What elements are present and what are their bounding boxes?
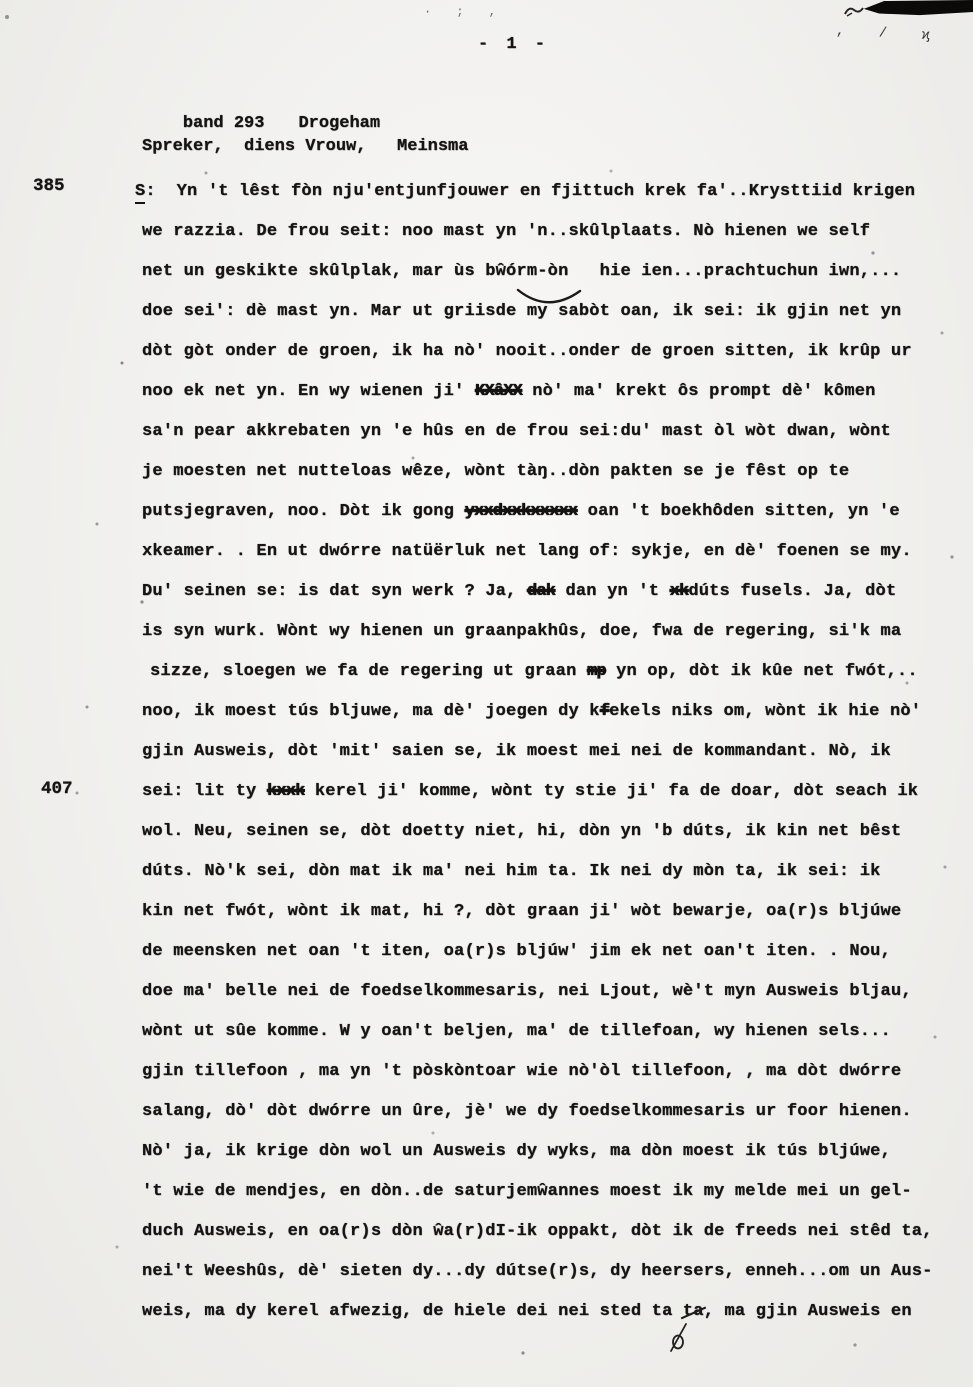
transcript-line: xkeamer. . En ut dwórre natüërluk net la… xyxy=(135,532,945,572)
transcript-line: Nò' ja, ik krige dòn wol un Ausweis dy w… xyxy=(135,1132,945,1172)
speaker-label: S xyxy=(135,182,145,204)
struck-text: KXâXX xyxy=(475,382,522,401)
scan-specks-top-center: · ; , xyxy=(424,5,505,19)
transcript-text: duch Ausweis, en oa(r)s dòn ŵa(r)dI-ik o… xyxy=(142,1222,933,1241)
transcript-line: noo, ik moest tús bljuwe, ma dè' joegen … xyxy=(135,692,945,732)
scan-noise-specks xyxy=(0,0,2,2)
transcript-text: dan yn 't xyxy=(555,582,669,601)
margin-counter-385: 385 xyxy=(33,176,65,196)
transcript-line: 't wie de mendjes, en dòn..de saturjemŵa… xyxy=(135,1172,945,1212)
hand-struck-text: ta xyxy=(683,1302,704,1321)
transcript: S: Yn 't lêst fòn nju'entjunfjouwer en f… xyxy=(135,172,945,1332)
struck-text: dak xyxy=(527,582,555,601)
transcript-line: wol. Neu, seinen se, dòt doetty niet, hi… xyxy=(135,812,945,852)
transcript-text: dúts fusels. Ja, dòt xyxy=(688,582,896,601)
transcript-line: nei't Weeshûs, dè' sieten dy...dy dútse(… xyxy=(135,1252,945,1292)
transcript-text: , ma gjin Ausweis en xyxy=(704,1302,912,1321)
transcript-line: S: Yn 't lêst fòn nju'entjunfjouwer en f… xyxy=(135,172,945,212)
transcript-text: dúts. Nò'k sei, dòn mat ik ma' nei him t… xyxy=(142,862,881,881)
transcript-text: Du' seinen se: is dat syn werk ? Ja, xyxy=(142,582,527,601)
transcript-text: kerel ji' komme, wònt ty stie ji' fa de … xyxy=(304,782,918,801)
transcript-text: de meensken net oan 't iten, oa(r)s bljú… xyxy=(142,942,891,961)
transcript-text: doe ma' belle nei de foedselkommesaris, … xyxy=(142,982,912,1001)
transcript-text: wònt ut sûe komme. W y oan't beljen, ma'… xyxy=(142,1022,891,1041)
transcript-text: dòt gòt onder de groen, ik ha nò' nooit.… xyxy=(142,342,912,361)
speakers-header: Spreker, diens Vrouw, Meinsma xyxy=(142,137,468,156)
transcript-text: putsjegraven, noo. Dòt ik gong xyxy=(142,502,464,521)
transcript-line: duch Ausweis, en oa(r)s dòn ŵa(r)dI-ik o… xyxy=(135,1212,945,1252)
struck-text: yxxdxxkxxxxx xyxy=(464,502,577,521)
transcript-text: Nò' ja, ik krige dòn wol un Ausweis dy w… xyxy=(142,1142,891,1161)
transcript-line: we razzia. De frou seit: noo mast yn 'n.… xyxy=(135,212,945,252)
transcript-text: yn op, dòt ik kûe net fwót,.. xyxy=(606,662,918,681)
transcript-line: de meensken net oan 't iten, oa(r)s bljú… xyxy=(135,932,945,972)
band-label: band 293 xyxy=(183,114,265,133)
transcript-line: kin net fwót, wònt ik mat, hi ?, dòt gra… xyxy=(135,892,945,932)
transcript-line: is syn wurk. Wònt wy hienen un graanpakh… xyxy=(135,612,945,652)
transcript-line: salang, dò' dòt dwórre un ûre, jè' we dy… xyxy=(135,1092,945,1132)
transcript-line: Du' seinen se: is dat syn werk ? Ja, dak… xyxy=(135,572,945,612)
transcript-line: putsjegraven, noo. Dòt ik gong yxxdxxkxx… xyxy=(135,492,945,532)
transcript-line: doe ma' belle nei de foedselkommesaris, … xyxy=(135,972,945,1012)
transcript-text: gjin tillefoon , ma yn 't pòskòntoar wie… xyxy=(142,1062,901,1081)
page-number: - 1 - xyxy=(478,35,549,54)
struck-text: kxxk xyxy=(267,782,305,801)
transcript-text: nò' ma' krekt ôs prompt dè' kômen xyxy=(522,382,876,401)
transcript-line: dòt gòt onder de groen, ik ha nò' nooit.… xyxy=(135,332,945,372)
scanned-document-page: , / ϗ · ; , - 1 - band 293Drogeham Sprek… xyxy=(0,0,973,1387)
transcript-line: je moesten net nutteloas wêze, wònt tàŋ.… xyxy=(135,452,945,492)
transcript-line: gjin tillefoon , ma yn 't pòskòntoar wie… xyxy=(135,1052,945,1092)
transcript-text: kin net fwót, wònt ik mat, hi ?, dòt gra… xyxy=(142,902,901,921)
transcript-text: noo, ik moest tús bljuwe, ma dè' joegen … xyxy=(142,702,600,721)
pen-mark-bottom xyxy=(668,1322,690,1352)
transcript-text: 't wie de mendjes, en dòn..de saturjemŵa… xyxy=(142,1182,912,1201)
transcript-text: sa'n pear akkrebaten yn 'e hûs en de fro… xyxy=(142,422,891,441)
margin-counter-407: 407 xyxy=(41,779,73,799)
transcript-line: gjin Ausweis, dòt 'mit' saien se, ik moe… xyxy=(135,732,945,772)
transcript-text: : Yn 't lêst fòn nju'entjunfjouwer en fj… xyxy=(145,182,915,201)
struck-text: mp xyxy=(587,662,606,681)
transcript-line: sa'n pear akkrebaten yn 'e hûs en de fro… xyxy=(135,412,945,452)
pen-marks-top-right: , / ϗ xyxy=(836,23,944,45)
place-label: Drogeham xyxy=(298,114,380,133)
transcript-text: we razzia. De frou seit: noo mast yn 'n.… xyxy=(142,222,870,241)
transcript-line: dúts. Nò'k sei, dòn mat ik ma' nei him t… xyxy=(135,852,945,892)
transcript-text: net un geskikte skûlplak, mar ùs bŵórm-ò… xyxy=(142,262,901,281)
transcript-line: noo ek net yn. En wy wienen ji' KXâXX nò… xyxy=(135,372,945,412)
transcript-text: is syn wurk. Wònt wy hienen un graanpakh… xyxy=(142,622,901,641)
pen-scribble-mark xyxy=(842,2,868,20)
transcript-text: weis, ma dy kerel afwezig, de hiele dei … xyxy=(142,1302,683,1321)
transcript-text: nei't Weeshûs, dè' sieten dy...dy dútse(… xyxy=(142,1262,933,1281)
transcript-text: je moesten net nutteloas wêze, wònt tàŋ.… xyxy=(142,462,849,481)
transcript-text: noo ek net yn. En wy wienen ji' xyxy=(142,382,475,401)
transcript-line: wònt ut sûe komme. W y oan't beljen, ma'… xyxy=(135,1012,945,1052)
transcript-text: sizze, sloegen we fa de regering ut graa… xyxy=(150,662,587,681)
transcript-text: wol. Neu, seinen se, dòt doetty niet, hi… xyxy=(142,822,901,841)
transcript-text: xkeamer. . En ut dwórre natüërluk net la… xyxy=(142,542,912,561)
transcript-text: ekels niks om, wònt ik hie nò' xyxy=(609,702,921,721)
transcript-text: salang, dò' dòt dwórre un ûre, jè' we dy… xyxy=(142,1102,912,1121)
transcript-text: gjin Ausweis, dòt 'mit' saien se, ik moe… xyxy=(142,742,891,761)
transcript-line: sei: lit ty kxxk kerel ji' komme, wònt t… xyxy=(135,772,945,812)
transcript-line: sizze, sloegen we fa de regering ut graa… xyxy=(135,652,945,692)
pen-curve-mark xyxy=(514,286,588,312)
struck-text: f xyxy=(600,702,609,721)
transcript-text: oan 't boekhôden sitten, yn 'e xyxy=(577,502,899,521)
transcript-line: weis, ma dy kerel afwezig, de hiele dei … xyxy=(135,1292,945,1332)
struck-text: xk xyxy=(670,582,689,601)
transcript-text: sei: lit ty xyxy=(142,782,267,801)
